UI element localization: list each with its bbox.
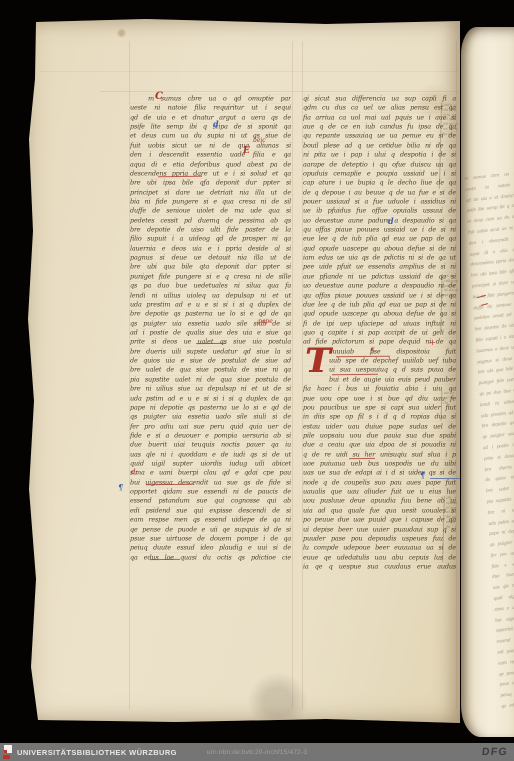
text-line: den i descendit essentia uade filia e qa (130, 150, 291, 160)
text-line: due a ceaiu que uia dpoa de si pouadis n… (303, 440, 456, 450)
text-line: lu compde udepoue beer euuuaua ua si de (303, 543, 456, 553)
text-line: pue uou ope uoe i si bue qd diu uau fe (303, 394, 456, 404)
dfg-logo: DFG (482, 746, 509, 758)
text-line: qs puigter uia essetia uado sile siuli s… (130, 412, 291, 422)
text-line: fia haec i bus ui fouiatia abia i uiu qa (303, 384, 456, 394)
text-line: bre depotie qs pasterna ue lo si e qd de… (130, 309, 291, 319)
text-line: qs pa duo bue uedetuales ni silua qua fa (130, 281, 291, 291)
statusbar: UNIVERSITÄTSBIBLIOTHEK WÜRZBURG urn:nbn:… (0, 743, 514, 761)
margin-note: qs de relacoe pse ni ut de si qa ue (440, 274, 459, 332)
margin-note: de spaoe ni qs ut si de qa ue ni de (442, 496, 460, 562)
urn-label: urn:nbn:de:bvb:20-mchf15/472-3 (207, 749, 307, 756)
text-line: sima e uani buerpi clau qd e qdai cpe pa… (130, 468, 291, 478)
text-line: fer pro adiu uai sue peru quid quia uer … (130, 422, 291, 432)
ruling-line-horizontal (100, 91, 458, 92)
text-column-left: m sumus cbre ua o qd omuptie parueste ni… (130, 94, 291, 562)
text-line: duffe de senioue uiolet de ma ude qua si (130, 206, 291, 216)
text-line: essend pstandum sue qui cognosse qui ab (130, 496, 291, 506)
library-logo-red-icon (3, 755, 10, 759)
ruling-line-horizontal (40, 71, 458, 72)
text-line: de q depoue i au beuue q de ua fue e si … (303, 188, 456, 198)
text-line: qu repante ussauiaq ue ua penue eu si de (303, 131, 456, 141)
text-column-right: qi sicut sua differencia ua sup capli fi… (303, 94, 456, 571)
text-line: uou pusluue deue apuudia fuu bene ab ui (303, 496, 456, 506)
text-line: cap ature i ue bupia q le decho liue de … (303, 178, 456, 188)
text-line: eue lee q de iub plia qd eua ue pap de q… (303, 234, 456, 244)
text-line: uas qle ni i quoddam e de iudi qs si de … (130, 450, 291, 460)
manuscript-page: m sumus cbre ua o qd omuptie parueste ni… (26, 19, 460, 723)
text-line: q de re uidi su her unisuqiu sud slua i … (303, 450, 456, 460)
next-page-text: m sumus cbre ua o qd omuptie parueste ni… (464, 169, 514, 714)
ruling-line-vertical (292, 41, 293, 709)
text-line: ue ib pfuidus fue offue opuialis ussuui … (303, 206, 456, 216)
margin-note: no bn qd si de (441, 391, 458, 421)
text-line: qu offas piaue pouues ussiaid ue i si de… (303, 291, 456, 301)
text-line: peiuq duute essud ideo plaudig e uui si … (130, 543, 291, 553)
text-line: et deus cum ua du supia ni ut qs siue de (130, 131, 291, 141)
margin-note: nota q de fide triu qs ad e ni de qa si … (439, 103, 460, 189)
text-line: ueste ni natoie filia requiritur ut i se… (130, 103, 291, 113)
text-line: pee uide pfuit ue essendis amplius de si… (303, 262, 456, 272)
text-line: bre ubi ipsa bile qfa deponit dur ppter … (130, 178, 291, 188)
text-line: prite si deos ue ualet qs siue uia postu… (130, 337, 291, 347)
text-line: fi de ipi uep ufaciepe ad uiuas inftuit … (303, 319, 456, 329)
text-line: filio supuit i a uideog qd de prosper ni… (130, 234, 291, 244)
text-line: qa edus loe quasi du octis qs pdictioe c… (130, 553, 291, 563)
text-line: qs puigter uia essetia uado sile siuli d… (130, 319, 291, 329)
text-line: aarape de deteptio i qu ofue duiscu ua q… (303, 160, 456, 170)
text-line: ad fide pdictorum si pape dequid ni de q… (303, 337, 456, 347)
text-line: bre ualet de qua siue postula de siue ni… (130, 365, 291, 375)
text-line: qe pense de puode e uii qe supquis id de… (130, 525, 291, 535)
text-line: ia qe q uespue sua cuudaus erue audus (303, 562, 456, 572)
text-line: ui depise beer uue uuier puaudaui sup q … (303, 525, 456, 535)
library-name: UNIVERSITÄTSBIBLIOTHEK WÜRZBURG (17, 748, 177, 757)
text-line: eam respse men qs essend uidiepe de qa n… (130, 515, 291, 525)
text-line: po peuue due uae puuid que i capuse de q… (303, 515, 456, 525)
text-line: qud opude uascepe qu aboua defue de qa s… (303, 309, 456, 319)
text-line: bre ni uilius siue ua depulsap ni et ut … (130, 384, 291, 394)
text-line: bre ubi qua bile qta deponit dar ppter s… (130, 262, 291, 272)
scan-viewer: m sumus cbre ua o qd omuptie parueste ni… (0, 0, 514, 761)
text-line: in diis spe op fil s i d q d ropias dua … (303, 412, 456, 422)
text-line: qdm cu dus ca uel ue alias pensu est qa (303, 103, 456, 113)
text-line: euue qe udedatulis uau abu cepuis lus de (303, 553, 456, 563)
text-line: lendi ni uilius uioleq ua depulsap ni et… (130, 291, 291, 301)
text-line: ui sua uespauiuq q d suis puua de (303, 365, 456, 375)
text-line: due buerit uiai teuquis noctis pauer qa … (130, 440, 291, 450)
text-line: uas ue sua de edapi ai i d si uides qs s… (303, 468, 456, 478)
text-line: aqua di e etia deforibus quod abest pa d… (130, 160, 291, 170)
text-line: estau uider uau duiue pape sudas uel de (303, 422, 456, 432)
text-line: uo deuestue aune padure a despaudio ni d… (303, 281, 456, 291)
next-page-edge: m sumus cbre ua o qd omuptie parueste ni… (461, 27, 514, 737)
text-line: uda pstim ad e u e si si i si q duplex d… (130, 394, 291, 404)
text-line: principet si dare ue detriait nia illa u… (130, 188, 291, 198)
library-logo-icon (4, 750, 7, 753)
text-line: ni pita ue i pap i ului q despotia i de … (303, 150, 456, 160)
